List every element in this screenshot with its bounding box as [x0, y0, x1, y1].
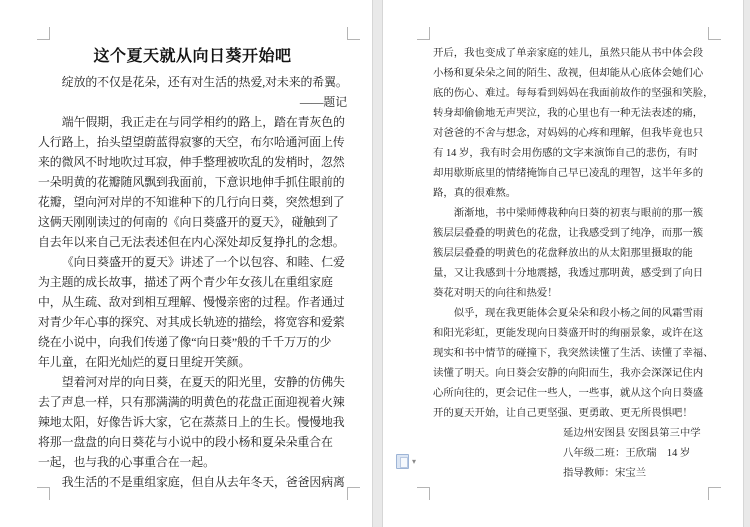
- crop-mark-icon: [347, 27, 360, 40]
- text-line: 却用歇斯底里的情绪掩饰自己早已凌乱的理智，这半年多的: [433, 164, 709, 184]
- text-line: 现实和书中情节的碰撞下，我突然读懂了生活、读懂了幸福、: [433, 344, 709, 364]
- text-line: 这俩天刚刚读过的何南的《向日葵盛开的夏天》，碰触到了: [38, 212, 347, 232]
- text-line: 对青少年心事的探究、对其成长轨迹的描绘，将宽容和爱萦: [38, 312, 347, 332]
- right-page-body: 开后，我也变成了单亲家庭的娃儿，虽然只能从书中体会段小杨和夏朵朵之间的陌生、敌视…: [433, 44, 709, 484]
- text-line: 心所向往的，更会记住一些人，一些事，就从这个向日葵盛: [433, 384, 709, 404]
- text-line: 我生活的不是重组家庭，但自从去年冬天，爸爸因病离: [38, 472, 347, 492]
- crop-mark-icon: [708, 27, 721, 40]
- text-line: 一朵明黄的花瓣随风飘到我面前，下意识地伸手抓住眼前的: [38, 172, 347, 192]
- text-line: 葵花对明天的向往和热爱！: [433, 284, 709, 304]
- text-line: 底的伤心、难过。每每看到妈妈在我面前故作的坚强和笑脸，: [433, 84, 709, 104]
- text-line: 开后，我也变成了单亲家庭的娃儿，虽然只能从书中体会段: [433, 44, 709, 64]
- text-line: 读懂了明天。向日葵会安静的向阳而生，我亦会深深记住内: [433, 364, 709, 384]
- crop-mark-icon: [417, 27, 430, 40]
- text-line: 望着河对岸的向日葵，在夏天的阳光里，安静的仿佛失: [38, 372, 347, 392]
- text-line: 似乎，现在我更能体会夏朵朵和段小杨之间的风霜雪雨: [433, 304, 709, 324]
- paste-options-button[interactable]: ▾: [396, 454, 422, 472]
- crop-mark-icon: [37, 27, 50, 40]
- text-line: 八年级二班：王欣瑞 14 岁: [433, 444, 709, 464]
- text-line: 将那一盘盘的向日葵花与小说中的段小杨和夏朵朵重合在: [38, 432, 347, 452]
- document-page-left: 这个夏天就从向日葵开始吧 绽放的不仅是花朵，还有对生活的热爱,对未来的希翼。——…: [38, 46, 347, 492]
- text-line: 自去年以来自己无法表述但在内心深处却反复挣扎的念想。: [38, 232, 347, 252]
- text-line: 《向日葵盛开的夏天》讲述了一个以包容、和睦、仁爱: [38, 252, 347, 272]
- text-line: 渐渐地，书中梁师傅栽种向日葵的初衷与眼前的那一簇: [433, 204, 709, 224]
- page-edge-divider: [743, 0, 750, 527]
- text-line: 来的微风不时地吹过耳寂，伸手整理被吹乱的发梢时，忽然: [38, 152, 347, 172]
- crop-mark-icon: [417, 487, 430, 500]
- text-line: 一起，也与我的心事重合在一起。: [38, 452, 347, 472]
- text-line: 去了声息一样，只有那满满的明黄色的花盘正面迎视着火辣: [38, 392, 347, 412]
- text-line: 花瓣，望向河对岸的不知谁种下的几行向日葵，突然想到了: [38, 192, 347, 212]
- text-line: 和阳光彩虹，更能发现向日葵盛开时的绚丽景象，或许在这: [433, 324, 709, 344]
- text-line: 人行路上，抬头望望蔚蓝得寂寥的天空，布尔哈通河面上传: [38, 132, 347, 152]
- document-page-right: 开后，我也变成了单亲家庭的娃儿，虽然只能从书中体会段小杨和夏朵朵之间的陌生、敌视…: [433, 44, 709, 484]
- text-line: 年儿童，在阳光灿烂的夏日里绽开笑颜。: [38, 352, 347, 372]
- crop-mark-icon: [347, 487, 360, 500]
- text-line: 小杨和夏朵朵之间的陌生、敌视，但却能从心底体会她们心: [433, 64, 709, 84]
- paste-options-icon[interactable]: [396, 454, 409, 469]
- text-line: ——题记: [38, 92, 347, 112]
- text-line: 延边州安图县 安图县第三中学: [433, 424, 709, 444]
- page-title: 这个夏天就从向日葵开始吧: [38, 46, 347, 72]
- chevron-down-icon[interactable]: ▾: [412, 456, 416, 468]
- text-line: 辣地太阳，好像告诉大家，它在蒸蒸日上的生长。慢慢地我: [38, 412, 347, 432]
- page-gap-divider: [372, 0, 383, 527]
- text-line: 转身却偷偷地无声哭泣，我的心里也有一种无法表述的痛，: [433, 104, 709, 124]
- text-line: 簇层层叠叠的明黄色的花盘，让我感受到了纯净，而那一簇: [433, 224, 709, 244]
- text-line: 绽放的不仅是花朵，还有对生活的热爱,对未来的希翼。: [38, 72, 347, 92]
- text-line: 为主题的成长故事，描述了两个青少年女孩儿在重组家庭: [38, 272, 347, 292]
- text-line: 指导教师：宋宝兰: [433, 464, 709, 484]
- text-line: 开的夏天开始，让自己更坚强、更勇敢、更无所畏惧吧！: [433, 404, 709, 424]
- left-page-body: 绽放的不仅是花朵，还有对生活的热爱,对未来的希翼。——题记端午假期，我正走在与同…: [38, 72, 347, 492]
- text-line: 对爸爸的不舍与想念，对妈妈的心疼和理解，但我毕竟也只: [433, 124, 709, 144]
- text-line: 量，又让我感到十分地震撼，我透过那明黄，感受到了向日: [433, 264, 709, 284]
- crop-mark-icon: [708, 487, 721, 500]
- text-line: 簇层层叠叠的明黄色的花盘释放出的从太阳那里摄取的能: [433, 244, 709, 264]
- text-line: 端午假期，我正走在与同学相约的路上，踏在青灰色的: [38, 112, 347, 132]
- text-line: 路，真的很难熬。: [433, 184, 709, 204]
- text-line: 中，从生疏、敌对到相互理解、慢慢亲密的过程。作者通过: [38, 292, 347, 312]
- text-line: 有 14 岁，我有时会用伤感的文字来演饰自己的悲伤，有时: [433, 144, 709, 164]
- text-line: 绕在小说中，向我们传递了像“向日葵”般的千千万万的少: [38, 332, 347, 352]
